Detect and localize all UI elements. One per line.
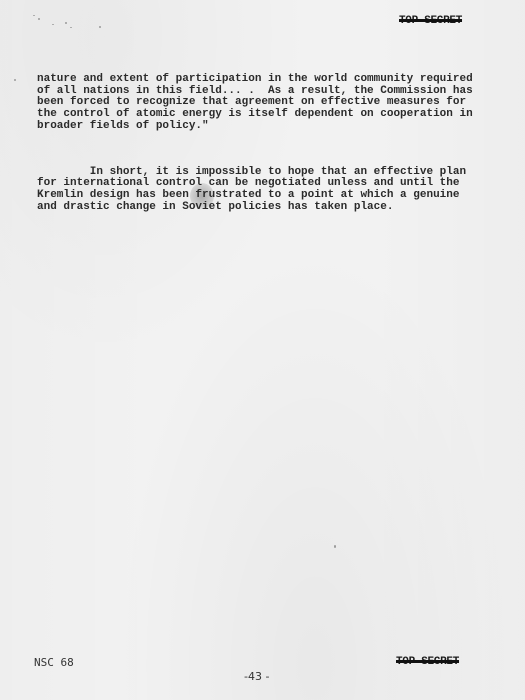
scan-speck	[70, 27, 72, 28]
document-id: NSC 68	[34, 656, 74, 669]
text-line: for international control can be negotia…	[37, 177, 459, 189]
scan-speck	[65, 22, 67, 24]
document-body: nature and extent of participation in th…	[37, 51, 497, 225]
text-line: broader fields of policy."	[37, 120, 209, 132]
paragraph-quote-continuation: nature and extent of participation in th…	[37, 74, 497, 132]
footer-classification-marking: TOP SECRET	[396, 656, 459, 668]
header-classification-marking: TOP SECRET	[399, 15, 462, 27]
scan-speck	[14, 79, 16, 81]
scan-speck	[33, 15, 35, 16]
text-line: been forced to recognize that agreement …	[37, 96, 466, 108]
paragraph-in-short: In short, it is impossible to hope that …	[37, 167, 497, 213]
text-line: nature and extent of participation in th…	[37, 73, 473, 85]
text-line: of all nations in this field... . As a r…	[37, 85, 473, 97]
page-number: -43 -	[244, 670, 269, 683]
scan-speck	[38, 18, 40, 20]
scan-speck	[52, 24, 54, 25]
text-line: In short, it is impossible to hope that …	[37, 166, 466, 178]
scan-speck	[99, 26, 101, 28]
text-line: Kremlin design has been frustrated to a …	[37, 189, 459, 201]
text-line: the control of atomic energy is itself d…	[37, 108, 473, 120]
scan-speck	[334, 545, 336, 548]
text-line: and drastic change in Soviet policies ha…	[37, 201, 393, 213]
